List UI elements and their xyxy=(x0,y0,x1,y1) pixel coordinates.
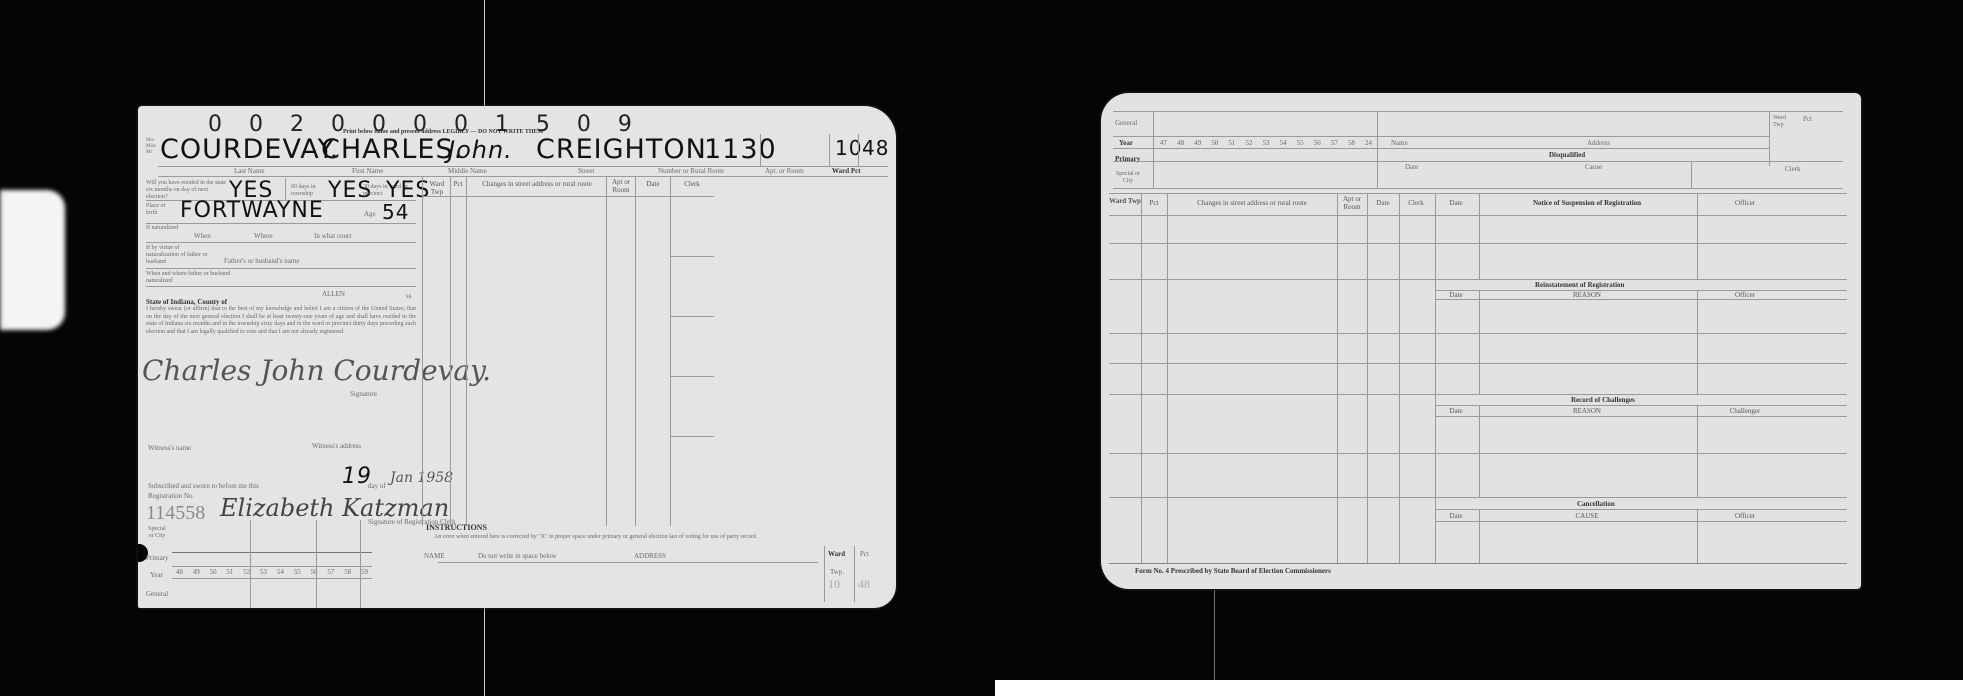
form-footer: Form No. 4 Prescribed by State Board of … xyxy=(1135,567,1331,575)
label-special-city-top: Special or City xyxy=(1115,171,1141,185)
label-witness-name: Witness's name xyxy=(148,444,191,452)
name-hint: Do not write in space below xyxy=(478,552,557,560)
label-day-of: day of xyxy=(368,482,386,490)
reinstatement-title: Reinstatement of Registration xyxy=(1535,281,1624,289)
label-when-where-father: When and where father or husband natural… xyxy=(146,271,246,285)
label-by-virtue: If by virtue of naturalization of father… xyxy=(146,245,210,266)
applicant-signature: Charles John Courdevay. xyxy=(142,354,491,387)
label-address: ADDRESS xyxy=(634,552,666,560)
cancellation-title: Cancellation xyxy=(1577,500,1615,508)
header-ward-twp: Ward Twp xyxy=(424,180,450,196)
label-when: When xyxy=(194,232,211,240)
instructions-title: INSTRUCTIONS xyxy=(426,524,487,532)
title-prefixes: Mrs Miss Mr xyxy=(146,138,158,156)
registration-number: 114558 xyxy=(146,502,205,525)
header-reinstatement-officer: Officer xyxy=(1697,291,1793,299)
label-age: Age xyxy=(364,210,376,218)
header-cancellation-date: Date xyxy=(1435,512,1477,520)
header-pct: Pct xyxy=(450,180,466,188)
voting-years-row: 48 49 50 51 52 53 54 55 56 57 58 59 xyxy=(172,568,372,576)
label-apt: Apt. or Room xyxy=(765,167,804,175)
label-year: Year xyxy=(1119,139,1133,147)
label-general: General xyxy=(1115,119,1137,127)
label-last-name: Last Name xyxy=(234,167,265,175)
label-registration-no: Registration No. xyxy=(148,492,194,500)
registration-card-back: General Year 47 48 49 50 51 52 53 54 55 … xyxy=(1101,93,1861,589)
label-subscribed: Subscribed and sworn to before me this xyxy=(148,482,259,490)
label-pct-bottom: Pct xyxy=(860,550,869,558)
label-name-top: Name xyxy=(1391,139,1408,147)
header-suspension-officer: Officer xyxy=(1697,199,1793,207)
label-where: Where xyxy=(254,232,273,240)
middle-name-value: John. xyxy=(448,136,513,164)
label-year: Year xyxy=(150,571,163,579)
header-pct-r: Pct xyxy=(1141,199,1167,207)
label-disqualified: Disqualified xyxy=(1549,151,1585,159)
label-street: Street xyxy=(578,167,594,175)
label-date-top: Date xyxy=(1405,163,1418,171)
label-ss: ss xyxy=(406,292,411,300)
header-clerk-r: Clerk xyxy=(1399,199,1433,207)
header-challenge-reason: REASON xyxy=(1479,407,1695,415)
label-special-city: Special or City xyxy=(146,526,168,540)
scan-edge-artifact xyxy=(0,190,65,330)
label-court: In what court xyxy=(314,232,351,240)
house-number-value: 1130 xyxy=(704,134,777,165)
header-clerk: Clerk xyxy=(672,180,712,188)
label-address-top: Address xyxy=(1587,139,1610,147)
registration-card-front: 0 0 2 0 0 0 0 1 5 0 9 Print below name a… xyxy=(138,106,896,608)
label-ward-pct: Ward Pct xyxy=(832,167,861,175)
header-ward-twp-r: Ward Twp xyxy=(1109,197,1141,205)
header-challenge-date: Date xyxy=(1435,407,1477,415)
pct-value: 48 xyxy=(862,136,889,160)
header-apt: Apt or Room xyxy=(608,178,634,194)
label-ward-bottom: Ward xyxy=(828,550,845,558)
label-first-name: First Name xyxy=(352,167,383,175)
first-name-value: CHARLES. xyxy=(321,134,463,165)
label-primary: Primary xyxy=(146,554,169,562)
year-columns: 47 48 49 50 51 52 53 54 55 56 57 58 24 xyxy=(1155,139,1377,147)
header-changes: Changes in street address or rural route xyxy=(468,180,606,188)
label-township-residency: 60 days in township xyxy=(291,184,331,198)
label-middle-name: Middle Name xyxy=(448,167,487,175)
label-cause-top: Cause xyxy=(1585,163,1602,171)
county-value: ALLEN xyxy=(322,290,345,298)
label-place-of-birth: Place of birth xyxy=(146,203,176,217)
oath-text: I hereby swear (or affirm) that to the b… xyxy=(146,306,416,336)
header-date-r: Date xyxy=(1367,199,1399,207)
label-clerk-top: Clerk xyxy=(1785,165,1801,173)
header-apt-r: Apt or Room xyxy=(1337,195,1367,211)
header-reinstatement-date: Date xyxy=(1435,291,1477,299)
header-date: Date xyxy=(636,180,670,188)
label-if-naturalized: If naturalized xyxy=(146,225,180,232)
challenges-title: Record of Challenges xyxy=(1571,396,1635,404)
header-changes-r: Changes in street address or rural route xyxy=(1167,199,1337,207)
label-pct-top: Pct xyxy=(1803,115,1812,123)
street-value: CREIGHTON xyxy=(536,134,707,165)
header-cancellation-cause: CAUSE xyxy=(1479,512,1695,520)
label-signature: Signature xyxy=(350,390,377,398)
ward-bottom-value: 10 xyxy=(828,580,840,588)
label-number: Number or Rural Route xyxy=(658,167,724,175)
scan-white-strip xyxy=(995,680,1963,696)
label-ward-twp-top: Ward Twp xyxy=(1773,115,1795,129)
last-name-value: COURDEVAY. xyxy=(160,134,339,165)
header-suspension-date: Date xyxy=(1435,199,1477,207)
label-state-county: State of Indiana, County of xyxy=(146,298,227,306)
instructions-text: An error when entered here is corrected … xyxy=(434,534,874,541)
label-name: NAME xyxy=(424,552,445,560)
pct-bottom-value: 48 xyxy=(858,580,870,588)
place-of-birth-value: FORTWAYNE xyxy=(180,198,324,223)
header-cancellation-officer: Officer xyxy=(1697,512,1793,520)
header-reinstatement-reason: REASON xyxy=(1479,291,1695,299)
label-father-name: Father's or husband's name xyxy=(224,257,299,265)
age-value: 54 xyxy=(382,200,409,224)
header-suspension-notice: Notice of Suspension of Registration xyxy=(1479,199,1695,207)
label-witness-address: Witness's address xyxy=(312,442,361,450)
label-twp-bottom: Twp. xyxy=(830,568,844,576)
header-challenger: Challenger xyxy=(1697,407,1793,415)
label-general: General xyxy=(146,590,168,598)
